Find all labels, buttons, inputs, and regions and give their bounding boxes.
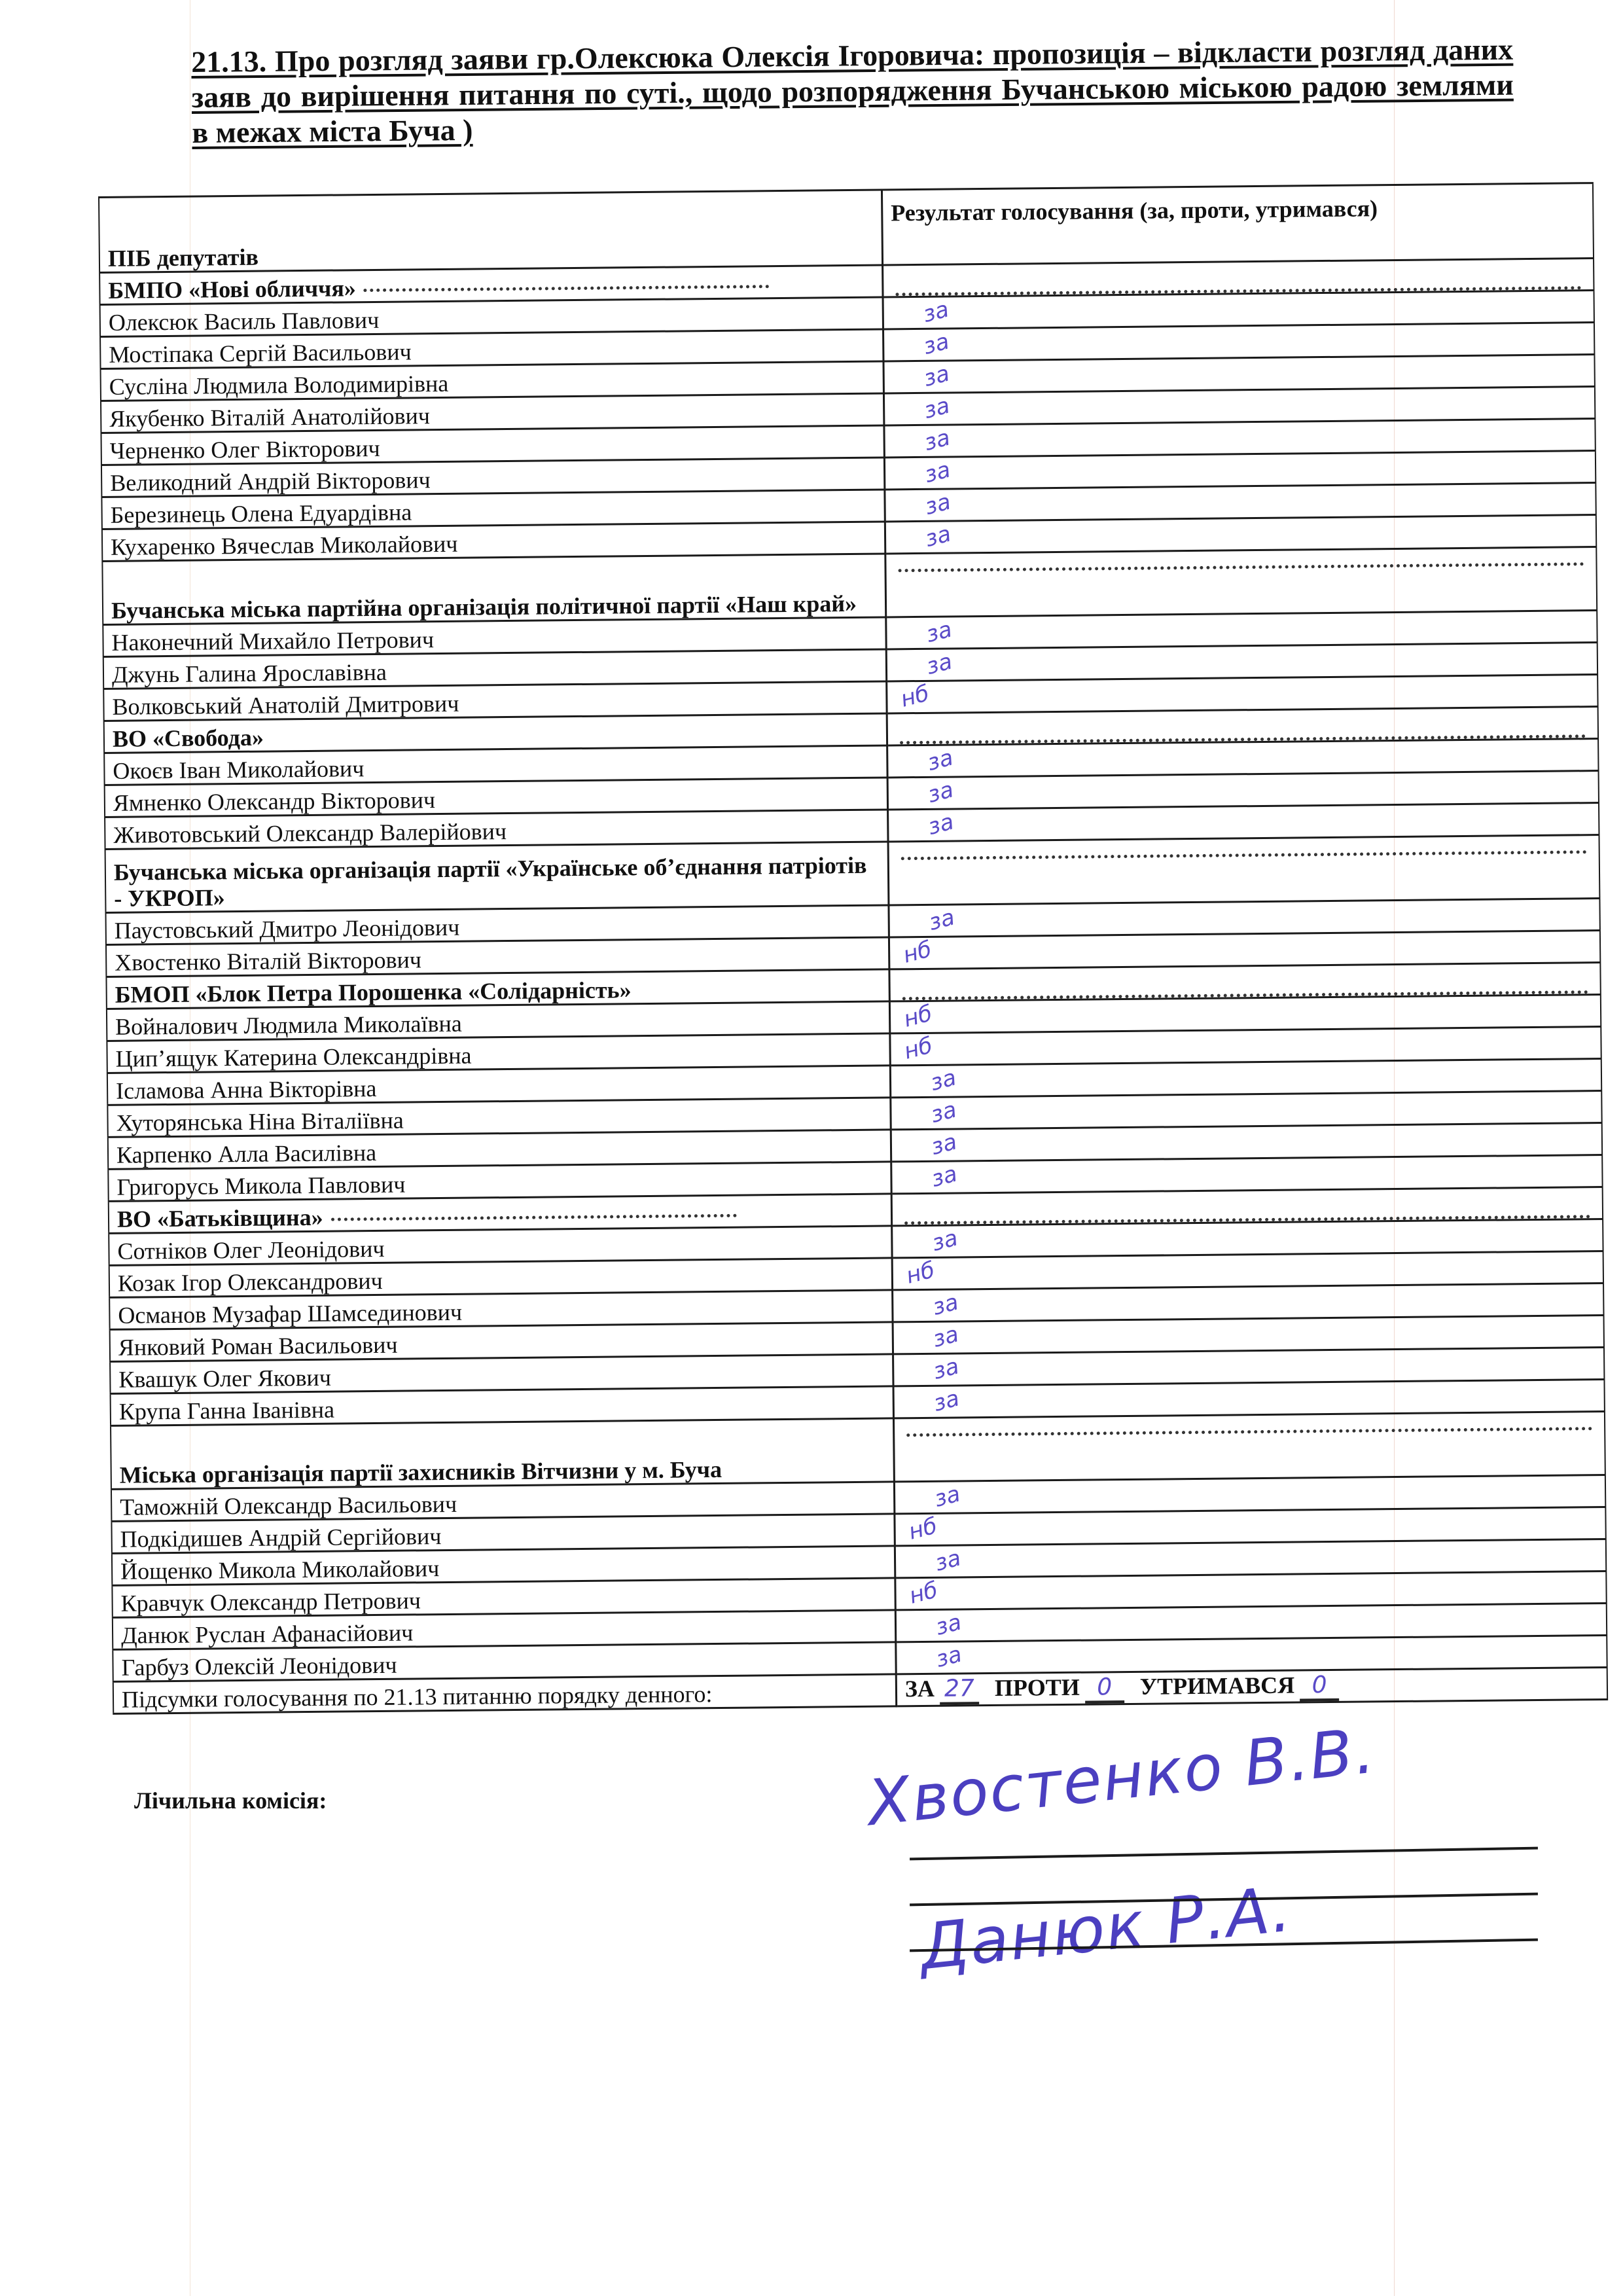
handwritten-vote: нб — [901, 936, 935, 969]
handwritten-vote: за — [929, 1160, 960, 1192]
handwritten-vote: за — [933, 1545, 964, 1576]
party-name-text: Міська організація партії захисників Віт… — [120, 1456, 722, 1488]
dotted-separator — [906, 1427, 1592, 1437]
party-result-placeholder — [893, 1411, 1605, 1481]
handwritten-vote: нб — [901, 1000, 935, 1033]
totals-values: ЗА27ПРОТИ0УТРИМАВСЯ0 — [896, 1667, 1607, 1706]
party-name: Бучанська міська партійна організація по… — [102, 554, 885, 624]
party-name-text: Бучанська міська організація партії «Укр… — [114, 852, 867, 912]
dotted-separator — [331, 1214, 737, 1221]
handwritten-vote: за — [922, 456, 954, 488]
dotted-separator — [899, 562, 1584, 572]
handwritten-vote: за — [925, 744, 956, 776]
party-name-text: ВО «Батьківщина» — [117, 1204, 323, 1232]
dotted-separator — [364, 285, 770, 292]
handwritten-vote: за — [920, 296, 952, 327]
table-header-row: ПІБ депутатівРезультат голосування (за, … — [99, 183, 1594, 273]
handwritten-vote: нб — [906, 1513, 940, 1545]
handwritten-vote: за — [930, 1321, 961, 1352]
handwritten-vote: нб — [901, 1032, 935, 1065]
handwritten-vote: за — [925, 808, 957, 840]
handwritten-vote: за — [921, 392, 953, 423]
signature-2: Данюк Р.А. — [916, 1872, 1295, 1984]
party-name-text: ВО «Свобода» — [113, 725, 264, 752]
signature-1: Хвостенко В.В. — [864, 1714, 1379, 1840]
handwritten-vote: за — [930, 1289, 961, 1320]
handwritten-vote: за — [925, 776, 956, 808]
party-name-text: БМПО «Нові обличчя» — [108, 275, 356, 304]
handwritten-vote: за — [933, 1609, 965, 1640]
signature-line-1 — [910, 1847, 1538, 1861]
counting-commission-label: Лічильна комісія: — [134, 1787, 327, 1814]
party-result-placeholder — [888, 835, 1599, 905]
header-result: Результат голосування (за, проти, утрима… — [882, 183, 1594, 265]
document-page: 21.13. Про розгляд заяви гр.Олексюка Оле… — [0, 0, 1623, 2296]
handwritten-vote: за — [923, 616, 955, 647]
party-name: Бучанська міська організація партії «Укр… — [105, 842, 889, 912]
totals-label: Підсумки голосування по 21.13 питанню по… — [113, 1674, 897, 1713]
handwritten-vote: за — [933, 1641, 965, 1672]
handwritten-vote: за — [926, 904, 957, 935]
totals-against-label: ПРОТИ — [995, 1674, 1080, 1701]
handwritten-vote: за — [921, 424, 953, 456]
handwritten-vote: нб — [906, 1577, 940, 1609]
handwritten-vote: за — [929, 1128, 960, 1160]
dotted-separator — [901, 850, 1587, 860]
voting-table-container: ПІБ депутатівРезультат голосування (за, … — [98, 182, 1605, 1715]
handwritten-vote: нб — [904, 1257, 938, 1289]
party-result-placeholder — [885, 547, 1597, 617]
totals-for-value: 27 — [940, 1676, 979, 1705]
totals-abstain-label: УТРИМАВСЯ — [1140, 1672, 1295, 1700]
handwritten-vote: за — [928, 1096, 959, 1128]
handwritten-vote: за — [932, 1480, 963, 1512]
handwritten-vote: нб — [898, 680, 932, 713]
handwritten-vote: за — [928, 1064, 959, 1096]
header-names: ПІБ депутатів — [99, 190, 883, 272]
totals-against-value: 0 — [1085, 1674, 1124, 1704]
party-name: Міська організація партії захисників Віт… — [111, 1418, 894, 1489]
handwritten-vote: за — [924, 648, 955, 679]
handwritten-vote: за — [931, 1385, 962, 1416]
totals-for-label: ЗА — [905, 1676, 935, 1702]
handwritten-vote: за — [923, 520, 954, 552]
voting-table: ПІБ депутатівРезультат голосування (за, … — [98, 182, 1608, 1715]
handwritten-vote: за — [922, 488, 954, 520]
handwritten-vote: за — [929, 1225, 961, 1256]
agenda-item-title: 21.13. Про розгляд заяви гр.Олексюка Оле… — [191, 32, 1514, 151]
party-name-text: БМОП «Блок Петра Порошенка «Солідарність… — [115, 977, 632, 1008]
handwritten-vote: за — [921, 360, 952, 391]
handwritten-vote: за — [931, 1353, 962, 1384]
totals-abstain-value: 0 — [1300, 1672, 1339, 1702]
handwritten-vote: за — [921, 328, 952, 359]
